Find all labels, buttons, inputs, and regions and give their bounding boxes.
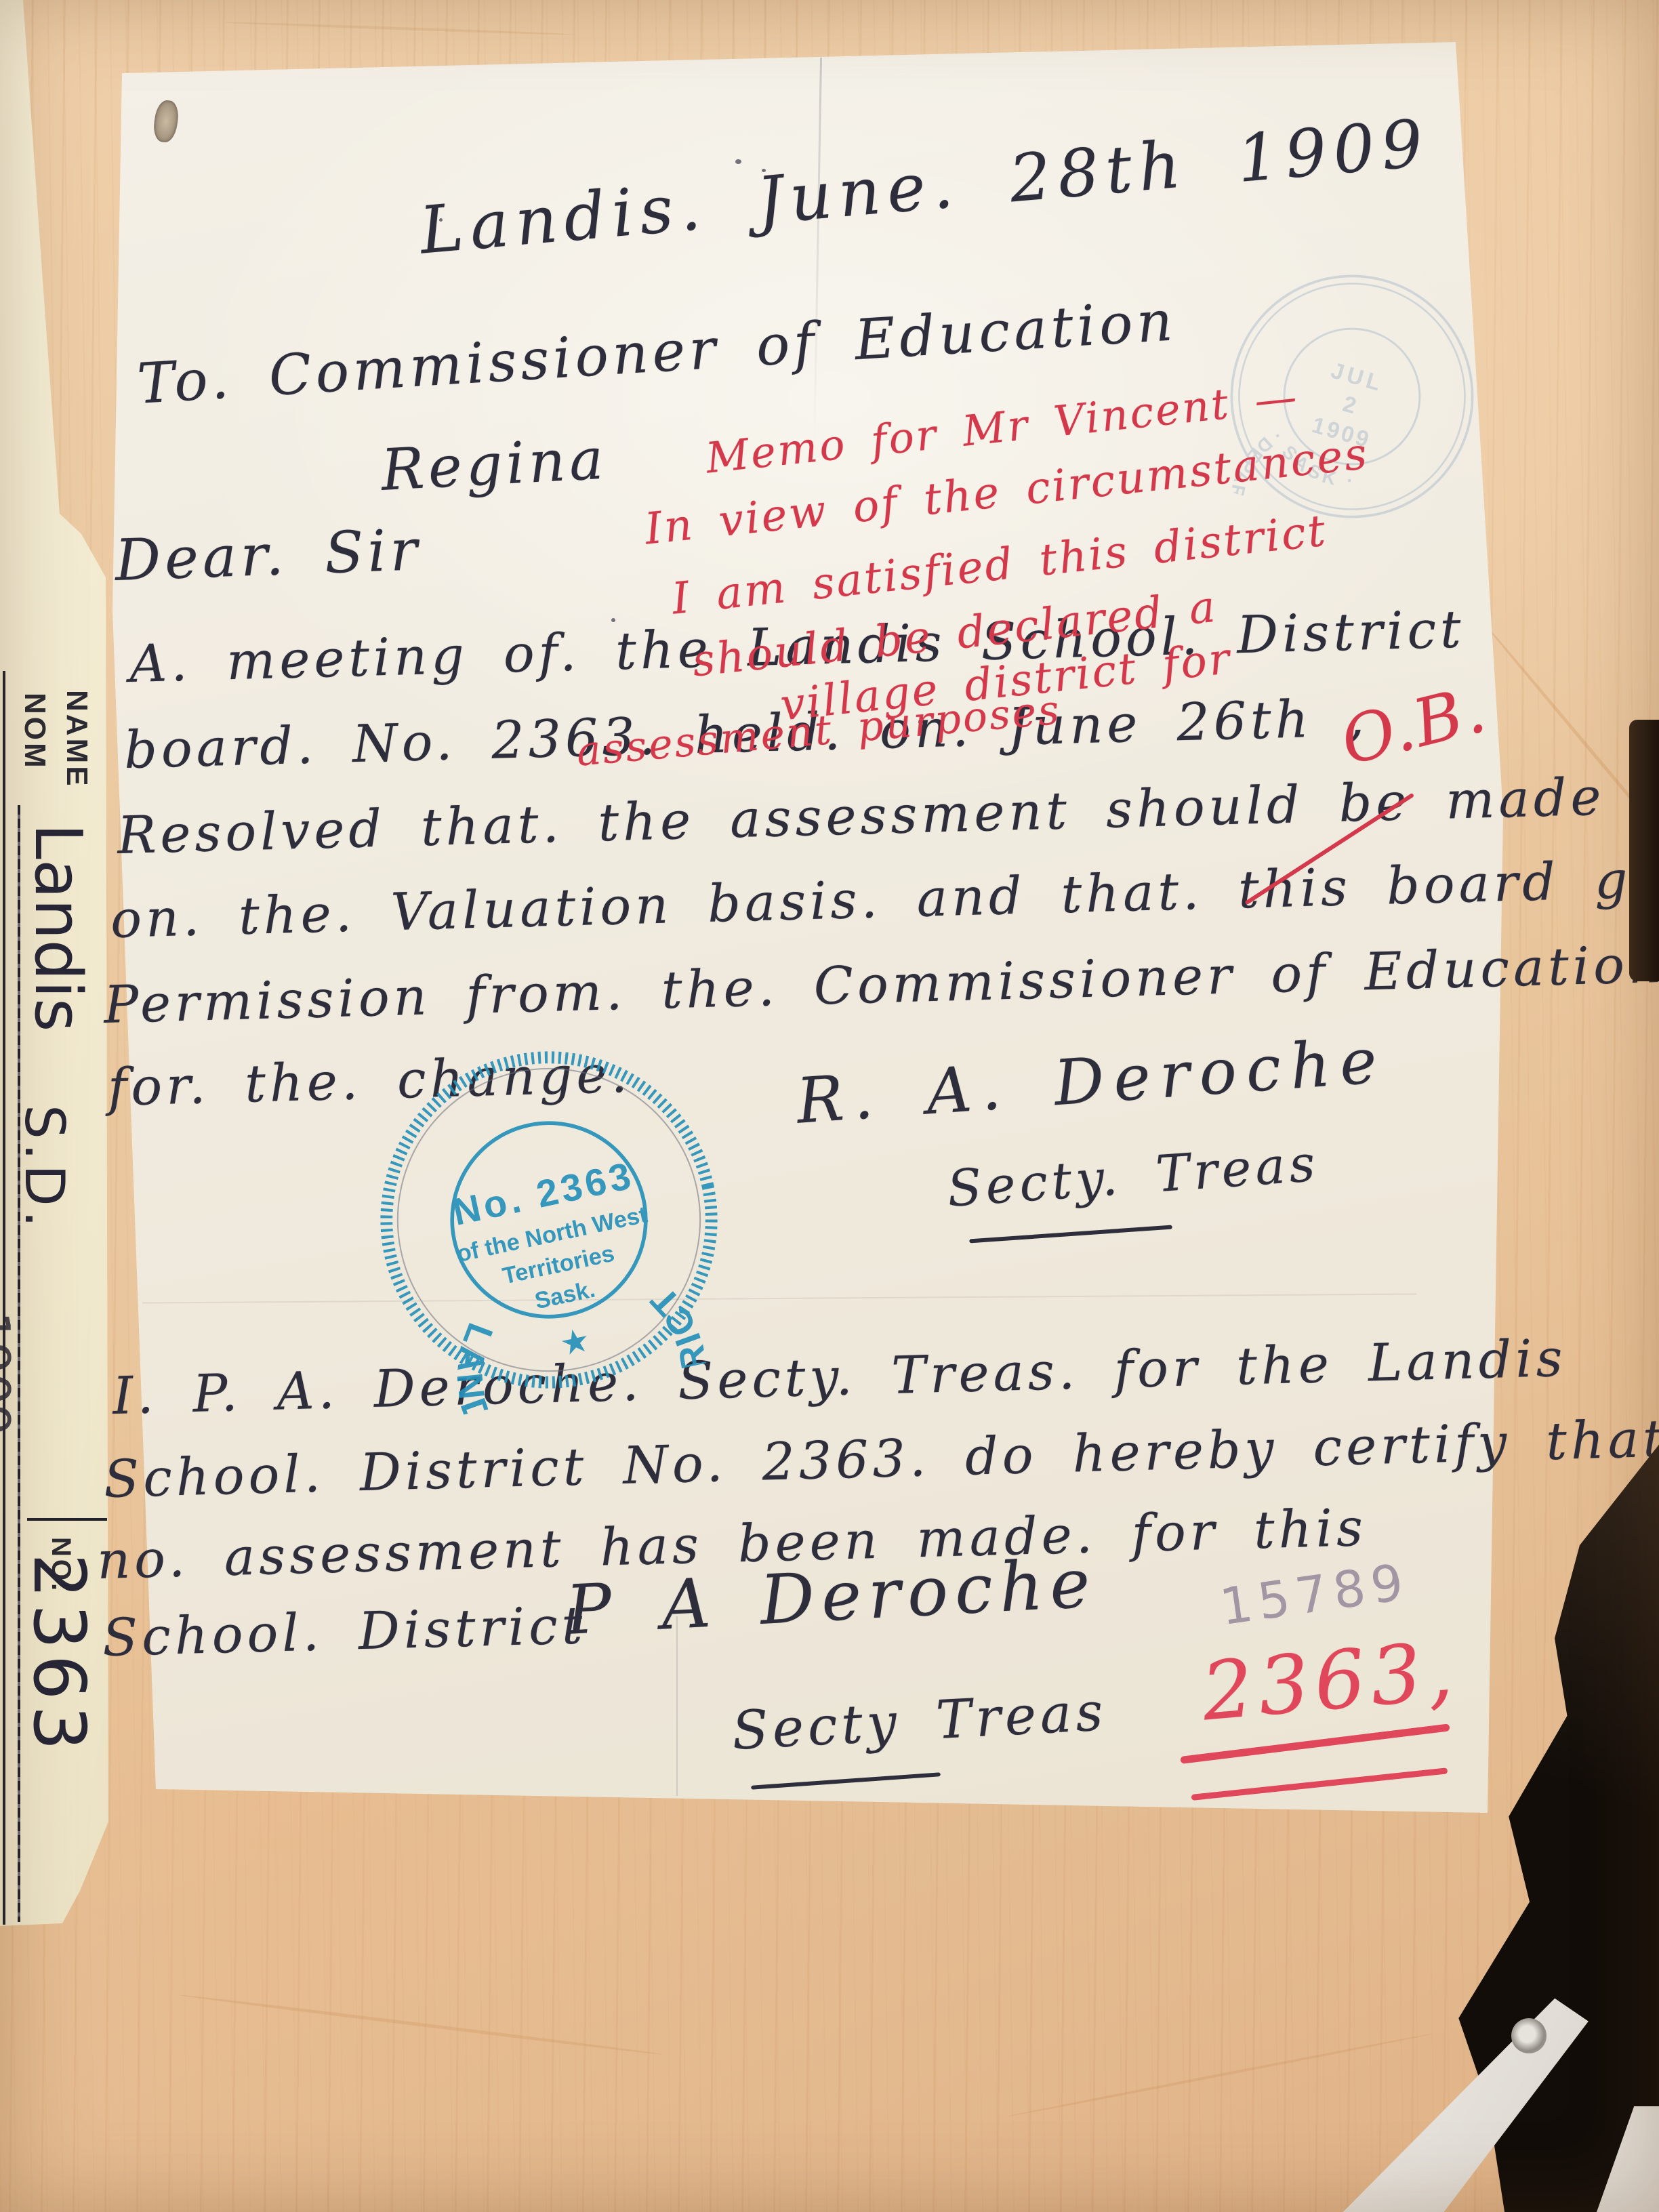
dept-stamp-month: JUL — [1328, 358, 1387, 396]
camera-arm-shadow-sliver — [1629, 720, 1659, 981]
tab-separator-line — [27, 1518, 107, 1521]
tab-number-value: 2363 — [18, 1553, 100, 1756]
certification-line: School. District — [102, 1595, 587, 1668]
wood-grain-streak — [224, 21, 576, 36]
ink-speck — [735, 159, 741, 164]
tab-name-value: Landis — [20, 823, 95, 1032]
recipient-city: Regina — [380, 426, 609, 504]
dept-stamp-day: 2 — [1340, 392, 1359, 419]
tab-name-label: NAME — [60, 690, 94, 789]
tab-nom-label: NOM — [18, 693, 52, 771]
tab-name-value-suffix: S.D. — [13, 1105, 76, 1231]
salutation: Dear. Sir — [114, 516, 422, 594]
wood-grain-streak — [178, 1993, 662, 2056]
seal-star-icon: ★ — [558, 1324, 591, 1361]
wood-grain-streak — [1006, 2032, 1433, 2118]
tab-ruled-line-edge — [3, 671, 5, 1925]
tab-illegible-fragment: 1909 — [0, 1311, 20, 1435]
paper-holder-grommet — [1511, 2018, 1547, 2053]
photo-of-archival-letter: NAME NOM Landis S.D. 1909 NO. 2363 DEPAR… — [0, 0, 1659, 2212]
landis-school-district-seal: LANDIS SCHOOL DISTRICT No. 2363 of the N… — [344, 1015, 754, 1425]
